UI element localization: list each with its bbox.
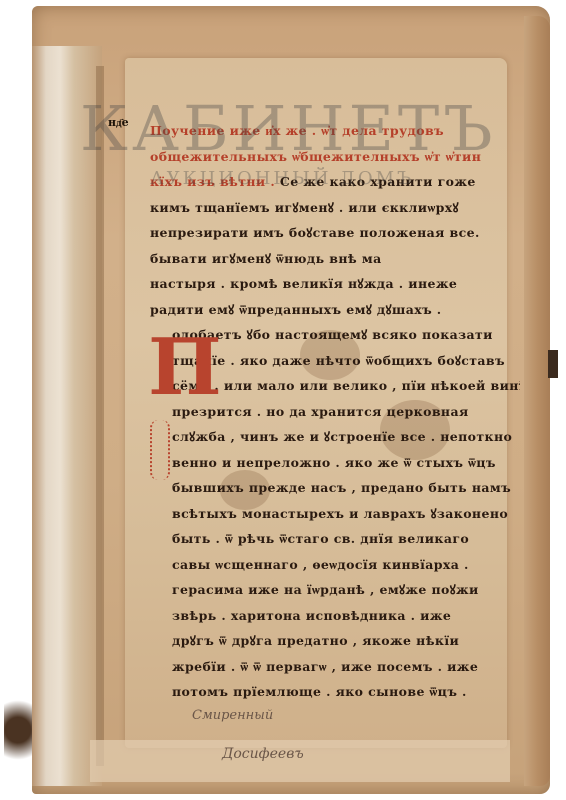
- text-line: быть . ѿ рѣчь ѿстаго св. днїя великаго: [150, 526, 520, 552]
- text-line: слꙋжба , чинъ же и ꙋстроенїе все . непот…: [150, 424, 520, 450]
- text-line: дрꙋгъ ѿ дрꙋга предатно , якоже нѣкїи: [150, 628, 520, 654]
- text-line: непрезирати имъ боꙋставе положеная все.: [150, 220, 520, 246]
- text-line: савы ѡсщеннаго , ѳеѡдосїя кинвїарха .: [150, 552, 520, 578]
- text-line: кимъ тщанїемъ игꙋменꙋ . или єкклиѡрхꙋ: [150, 195, 520, 221]
- text-line: жребїи . ѿ ѿ первагѡ , иже посемъ . иже: [150, 654, 520, 680]
- text-line: венно и непреложно . яко же ѿ стыхъ ѿцъ: [150, 450, 520, 476]
- page-edge: [524, 16, 550, 786]
- illuminated-initial: П: [148, 318, 170, 428]
- handwritten-marginalia: Смиренный: [192, 708, 273, 723]
- spine-shadow: [96, 66, 104, 766]
- text-line: настыря . кромѣ великїя нꙋжда . инеже: [150, 271, 520, 297]
- watermark-title: КАБИНЕТЪ: [80, 92, 497, 165]
- text-line: звѣрь . харитона исповѣдника . иже: [150, 603, 520, 629]
- bookmark-thread: [548, 350, 558, 378]
- torn-fringe: [4, 690, 32, 770]
- text-line: потомъ прїемлюще . яко сынове ѿцъ .: [150, 679, 520, 705]
- watermark-subtitle: АУКЦИОННЫЙ ДОМЪ: [150, 168, 414, 189]
- initial-flourish-ornament: [150, 420, 170, 480]
- text-line: бывати игꙋменꙋ ѿнюдь внѣ ма: [150, 246, 520, 272]
- text-line: бывшихъ прежде насъ , предано быть намъ: [150, 475, 520, 501]
- text-line: всѣтыхъ монастырехъ и лаврахъ ꙋзаконено: [150, 501, 520, 527]
- handwritten-signature: Досифеевъ: [222, 746, 304, 762]
- text-line: герасима иже на їѡрданѣ , емꙋже поꙋжи: [150, 577, 520, 603]
- text-line: радити емꙋ ѿпреданныхъ емꙋ дꙋшахъ .: [150, 297, 520, 323]
